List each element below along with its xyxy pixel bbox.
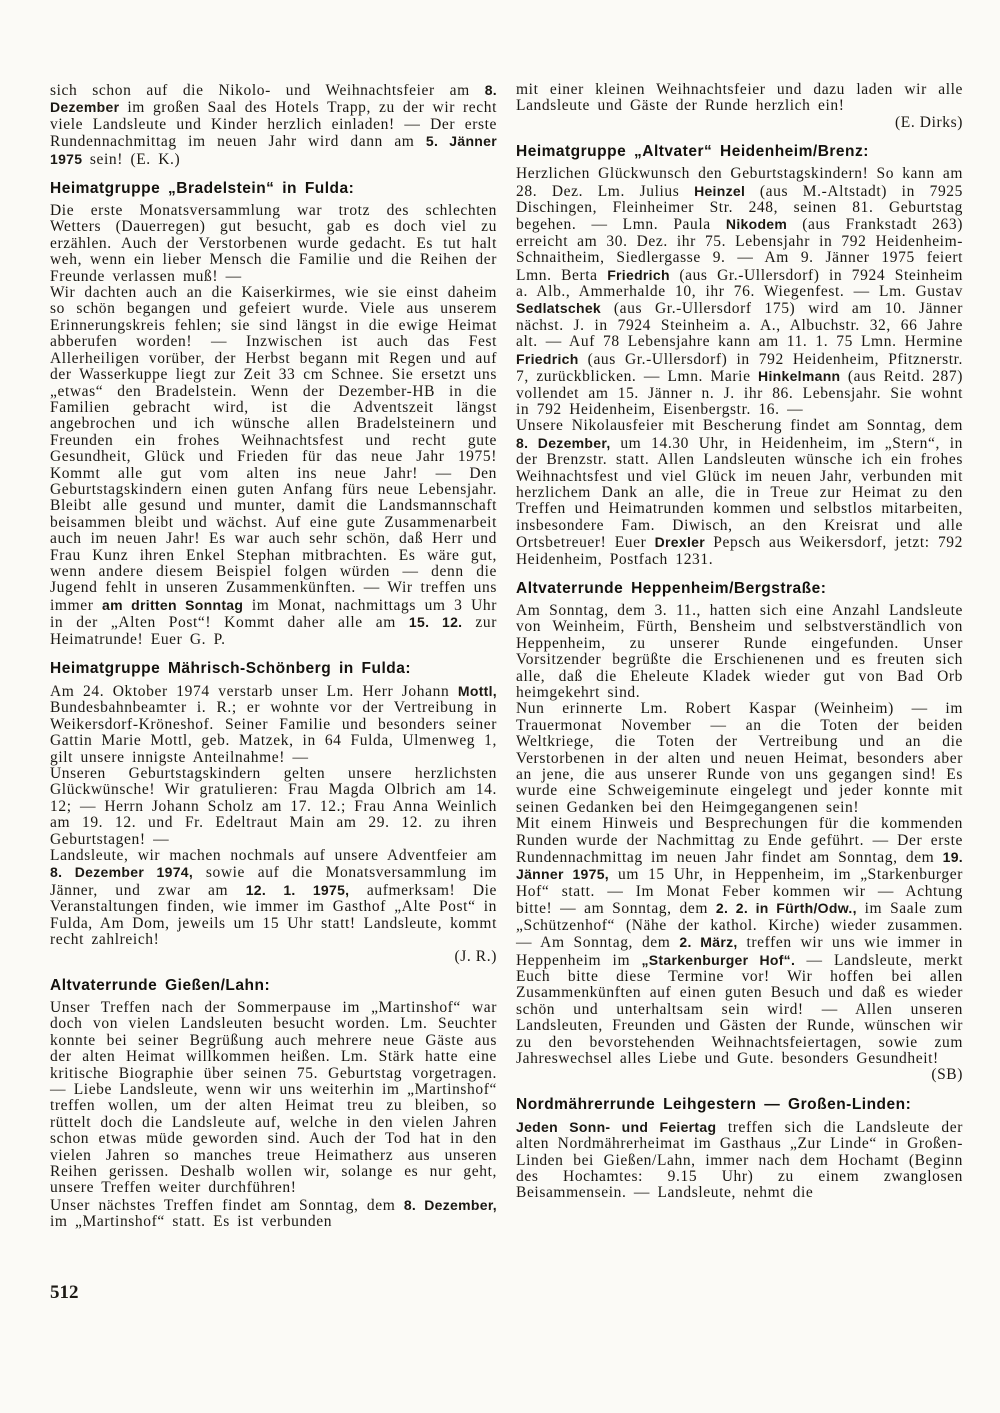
page-number: 512: [50, 1282, 79, 1304]
schoenberg-paragraph-2: Unseren Geburtstagskindern gelten unsere…: [50, 766, 497, 848]
heppenheim-paragraph-3: Mit einem Hinweis und Besprechungen für …: [516, 816, 963, 1067]
continued-paragraph-right: mit einer kleinen Weihnachtsfeier und da…: [516, 82, 963, 115]
bradelstein-paragraph-1: Die erste Monatsversammlung war trotz de…: [50, 203, 497, 285]
schoenberg-paragraph-3: Landsleute, wir machen nochmals auf unse…: [50, 848, 497, 948]
right-column: mit einer kleinen Weihnachtsfeier und da…: [516, 82, 963, 1231]
nordmaehrer-paragraph-1: Jeden Sonn- und Feiertag treffen sich di…: [516, 1119, 963, 1202]
heppenheim-paragraph-2: Nun erinnerte Lm. Robert Kaspar (Weinhei…: [516, 701, 963, 816]
heppenheim-paragraph-1: Am Sonntag, dem 3. 11., hatten sich eine…: [516, 603, 963, 701]
continued-paragraph: sich schon auf die Nikolo- und Weihnacht…: [50, 82, 497, 168]
heading-altvaterrunde-giessen: Altvaterrunde Gießen/Lahn:: [50, 977, 497, 994]
heading-altvaterrunde-heppenheim: Altvaterrunde Heppenheim/Bergstraße:: [516, 580, 963, 597]
signature-jr: (J. R.): [50, 949, 497, 965]
heading-altvater-heidenheim: Heimatgruppe „Altvater“ Heidenheim/Brenz…: [516, 143, 963, 160]
heading-bradelstein-fulda: Heimatgruppe „Bradelstein“ in Fulda:: [50, 180, 497, 197]
signature-sb: (SB): [516, 1067, 963, 1083]
bradelstein-paragraph-2: Wir dachten auch an die Kaiserkirmes, wi…: [50, 285, 497, 648]
signature-dirks: (E. Dirks): [516, 115, 963, 131]
altvater-paragraph-2: Unsere Nikolausfeier mit Bescherung find…: [516, 418, 963, 568]
newsletter-page: sich schon auf die Nikolo- und Weihnacht…: [0, 0, 1000, 1413]
giessen-paragraph-2: Unser nächstes Treffen findet am Sonntag…: [50, 1197, 497, 1231]
left-column: sich schon auf die Nikolo- und Weihnacht…: [50, 82, 497, 1231]
two-column-layout: sich schon auf die Nikolo- und Weihnacht…: [50, 82, 963, 1231]
heading-maehrisch-schoenberg-fulda: Heimatgruppe Mährisch-Schönberg in Fulda…: [50, 660, 497, 677]
altvater-paragraph-1: Herzlichen Glückwunsch den Geburtstagski…: [516, 166, 963, 418]
schoenberg-paragraph-1: Am 24. Oktober 1974 verstarb unser Lm. H…: [50, 683, 497, 766]
heading-nordmaehrerrunde-leihgestern: Nordmährerrunde Leihgestern — Großen-Lin…: [516, 1096, 963, 1113]
giessen-paragraph-1: Unser Treffen nach der Sommerpause im „M…: [50, 1000, 497, 1197]
